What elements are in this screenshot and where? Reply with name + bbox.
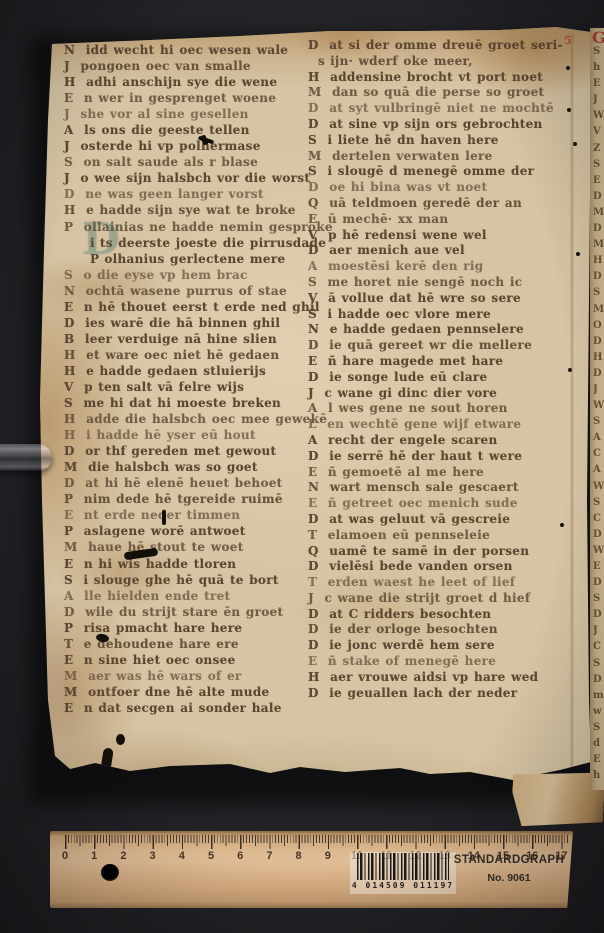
wormhole xyxy=(567,108,571,112)
manuscript-line: S i slougē d menegē omme der xyxy=(308,164,570,180)
manuscript-line: E n wer in gesprenget woene xyxy=(64,90,310,106)
manuscript-line: D ie serrē hē der haut t were xyxy=(308,449,570,465)
facing-page-letter: S xyxy=(593,656,604,672)
facing-page-letter: A xyxy=(593,430,604,446)
manuscript-line: Q uā teldmoen geredē der an xyxy=(308,196,570,212)
wormhole xyxy=(573,142,577,146)
manuscript-line: D at syt vulbringē niet ne mochtē xyxy=(308,101,570,117)
manuscript-line: D ies warē die hā binnen ghil xyxy=(64,315,310,331)
facing-page-letter: M xyxy=(593,302,604,318)
facing-page-letter: D xyxy=(593,366,604,382)
wormhole xyxy=(568,368,572,372)
manuscript-line: D or thf gereden met gewout xyxy=(64,443,310,459)
facing-page-letter: h xyxy=(593,60,604,76)
manuscript-line: D ie songe lude eū clare xyxy=(308,370,570,386)
rubric-mark: 5 xyxy=(564,34,572,47)
manuscript-line: D oe hi bina was vt noet xyxy=(308,180,570,196)
manuscript-line: E n dat secgen ai sonder hale xyxy=(64,700,310,716)
manuscript-line: H adde die halsbch oec mee gewekē xyxy=(64,411,310,427)
text-column-left: N idd wecht hi oec wesen waleJ pongoen o… xyxy=(64,42,310,716)
ruler-cm-ticks xyxy=(65,835,570,849)
manuscript-line: H et ware oec niet hē gedaen xyxy=(64,347,310,363)
manuscript-line: E n sine hiet oec onsee xyxy=(64,652,310,668)
manuscript-line: A moestēsi kerē den rig xyxy=(308,259,570,275)
facing-page-letter: E xyxy=(593,76,604,92)
manuscript-line: D ie jonc werdē hem sere xyxy=(308,638,570,654)
manuscript-line: D ie der orloge besochten xyxy=(308,622,570,638)
manuscript-line: D wile du strijt stare ēn groet xyxy=(64,604,310,620)
text-column-right: D at si der omme dreuē groet seri-sijn· … xyxy=(308,38,570,701)
facing-page-letter: J xyxy=(593,623,604,639)
manuscript-line: D ie geuallen lach der neder xyxy=(308,686,570,702)
facing-page-letter: D xyxy=(593,189,604,205)
manuscript-line: D vielēsi bede vanden orsen xyxy=(308,559,570,575)
manuscript-line: D aer menich aue vel xyxy=(308,243,570,259)
barcode-number: 4 014509 011197 xyxy=(350,880,456,891)
manuscript-line: N wart mensch sale gescaert xyxy=(308,480,570,496)
facing-page-letter: D xyxy=(593,221,604,237)
manuscript-line: L en wechtē gene wijf etware xyxy=(308,417,570,433)
facing-page-letter: W xyxy=(593,479,604,495)
manuscript-line: J c wane die strijt groet d hief xyxy=(308,591,570,607)
manuscript-line: T elamoen eū pennseleie xyxy=(308,528,570,544)
manuscript-line: J c wane gi dinc dier vore xyxy=(308,386,570,402)
manuscript-line: D at C ridders besochten xyxy=(308,607,570,623)
facing-page-letter: D xyxy=(593,607,604,623)
facing-page-letter: V xyxy=(593,124,604,140)
manuscript-line: M aer was hē wars of er xyxy=(64,668,310,684)
manuscript-line: M dan so quā die perse so groet xyxy=(308,85,570,101)
facing-page-letter: M xyxy=(593,205,604,221)
manuscript-line: N idd wecht hi oec wesen wale xyxy=(64,42,310,58)
facing-page-letter: E xyxy=(593,173,604,189)
facing-page-letter: C xyxy=(593,446,604,462)
facing-page-letter: Z xyxy=(593,141,604,157)
facing-page-letter: S xyxy=(593,414,604,430)
facing-page-letter: D xyxy=(593,269,604,285)
barcode: 4 014509 011197 xyxy=(350,852,456,894)
ruler-cm-number: 7 xyxy=(266,850,272,862)
facing-page-letter: H xyxy=(593,350,604,366)
facing-page-letter: E xyxy=(593,752,604,768)
facing-page-letter: D xyxy=(593,527,604,543)
facing-page-letter: S xyxy=(593,591,604,607)
manuscript-line: its deerste joeste die pirrusdade xyxy=(64,235,310,251)
manuscript-line: E ū mechē· xx man xyxy=(308,212,570,228)
facing-page-letter: E xyxy=(593,559,604,575)
manuscript-line: H i hadde hē yser eū hout xyxy=(64,427,310,443)
manuscript-line: D at hi hē elenē heuet behoet xyxy=(64,475,310,491)
facing-page-letter: h xyxy=(593,768,604,784)
manuscript-line: S i slouge ghe hē quā te bort xyxy=(64,572,310,588)
manuscript-line: B leer verduige nā hine slien xyxy=(64,331,310,347)
facing-page-letter: D xyxy=(593,672,604,688)
manuscript-line: S i hadde oec vlore mere xyxy=(308,307,570,323)
manuscript-line: E nt erde neder timmen xyxy=(64,507,310,523)
manuscript-line: A lle hielden ende tret xyxy=(64,588,310,604)
manuscript-line: H aer vrouwe aidsi vp hare wed xyxy=(308,670,570,686)
facing-page-letter: O xyxy=(593,318,604,334)
facing-page-letter: M xyxy=(593,237,604,253)
ruler-cm-number: 2 xyxy=(120,850,126,862)
facing-page-letter: m xyxy=(593,688,604,704)
facing-page-letter: w xyxy=(593,704,604,720)
manuscript-line: S me horet nie sengē noch ic xyxy=(308,275,570,291)
manuscript-line: H adhi anschijn sye die wene xyxy=(64,74,310,90)
facing-page-letter: d xyxy=(593,736,604,752)
ruler: 01234567891011121314151617 4 014509 0111… xyxy=(50,831,573,908)
manuscript-line: D at si der omme dreuē groet seri- xyxy=(308,38,570,54)
wormhole xyxy=(566,66,570,70)
manuscript-line: A ls ons die geeste tellen xyxy=(64,122,310,138)
manuscript-line: D ne was geen langer vorst xyxy=(64,186,310,202)
manuscript-line: H e hadde sijn sye wat te broke xyxy=(64,202,310,218)
manuscript-line: P nim dede hē tgereide ruimē xyxy=(64,491,310,507)
manuscript-line: T erden waest he leet of lief xyxy=(308,575,570,591)
barcode-bars xyxy=(357,853,449,880)
manuscript-line: P ollainias ne hadde nemin gesproke xyxy=(64,219,310,235)
facing-page-letter: J xyxy=(593,382,604,398)
manuscript-line: M dertelen verwaten lere xyxy=(308,149,570,165)
facing-page-letter: C xyxy=(593,511,604,527)
manuscript-line: M haue hē stout te woet xyxy=(64,539,310,555)
facing-page-letter: S xyxy=(593,44,604,60)
glass-weight xyxy=(0,444,52,471)
facing-page-letter: S xyxy=(593,495,604,511)
manuscript-line: J osterde hi vp polhermase xyxy=(64,138,310,154)
facing-page-letter: S xyxy=(593,157,604,173)
manuscript-line: Polhanius gerlectene mere xyxy=(64,251,310,267)
parchment-page: D N idd wecht hi oec wesen waleJ pongoen… xyxy=(36,26,594,816)
manuscript-line: D at was geluut vā gescreie xyxy=(308,512,570,528)
manuscript-line: S me hi dat hi moeste breken xyxy=(64,395,310,411)
facing-page-letter: W xyxy=(593,543,604,559)
manuscript-line: V ā vollue dat hē wre so sere xyxy=(308,291,570,307)
ruler-cm-number: 4 xyxy=(179,850,185,862)
manuscript-line: V p hē redensi wene wel xyxy=(308,228,570,244)
manuscript-line: A recht der engele scaren xyxy=(308,433,570,449)
manuscript-line: H addensine brocht vt port noet xyxy=(308,70,570,86)
facing-page-letter: A xyxy=(593,462,604,478)
ink-blot xyxy=(162,510,166,525)
manuscript-line: J pongoen oec van smalle xyxy=(64,58,310,74)
manuscript-line: N e hadde gedaen pennselere xyxy=(308,322,570,338)
manuscript-line: H e hadde gedaen stluierijs xyxy=(64,363,310,379)
facing-page-edge-letters: ShEJWVZSEDMDMHDSMODHDJWSACAWSCDWEDSDJCSD… xyxy=(593,44,604,784)
ruler-model-label: No. 9061 xyxy=(448,872,570,884)
manuscript-line: E n hi wis hadde tloren xyxy=(64,556,310,572)
ruler-cm-number: 5 xyxy=(208,850,214,862)
ruler-cm-number: 1 xyxy=(91,850,97,862)
manuscript-line: J she vor al sine gesellen xyxy=(64,106,310,122)
ink-blot xyxy=(116,734,125,745)
facing-page-letter: S xyxy=(593,285,604,301)
manuscript-line: Q uamē te samē in der porsen xyxy=(308,544,570,560)
ruler-cm-number: 8 xyxy=(296,850,302,862)
facing-page-letter: W xyxy=(593,108,604,124)
manuscript-line: E ñ gemoetē al me here xyxy=(308,465,570,481)
manuscript-line: A l wes gene ne sout horen xyxy=(308,401,570,417)
manuscript-line: J o wee sijn halsbch vor die worst xyxy=(64,170,310,186)
manuscript-line: D ie quā gereet wr die mellere xyxy=(308,338,570,354)
ruler-hole xyxy=(101,864,119,881)
facing-page-letter: D xyxy=(593,575,604,591)
manuscript-photo: D N idd wecht hi oec wesen waleJ pongoen… xyxy=(0,0,604,933)
ruler-cm-number: 0 xyxy=(62,850,68,862)
ruler-cm-number: 6 xyxy=(237,850,243,862)
facing-page-letter: C xyxy=(593,639,604,655)
manuscript-line: E n hē thouet eerst t erde ned ghil xyxy=(64,299,310,315)
wormhole xyxy=(576,252,580,256)
manuscript-line: N ochtā wasene purrus of stae xyxy=(64,283,310,299)
manuscript-line: V p ten salt vā felre wijs xyxy=(64,379,310,395)
manuscript-line: M die halsbch was so goet xyxy=(64,459,310,475)
manuscript-line: E ñ hare magede met hare xyxy=(308,354,570,370)
ruler-brand-label: STANDARDGRAPH xyxy=(448,854,570,866)
wormhole xyxy=(560,523,564,527)
facing-page-letter: J xyxy=(593,92,604,108)
manuscript-line: S on salt saude als r blase xyxy=(64,154,310,170)
manuscript-line: P aslagene worē antwoet xyxy=(64,523,310,539)
ruler-cm-number: 3 xyxy=(150,850,156,862)
facing-page-letter: W xyxy=(593,398,604,414)
ruler-cm-number: 9 xyxy=(325,850,331,862)
manuscript-line: S i liete hē dn haven here xyxy=(308,133,570,149)
manuscript-line: M ontfoer dne hē alte mude xyxy=(64,684,310,700)
facing-page-letter: H xyxy=(593,253,604,269)
manuscript-line: E ñ stake of menegē here xyxy=(308,654,570,670)
facing-page-letter: S xyxy=(593,720,604,736)
manuscript-line: E ñ getreet oec menich sude xyxy=(308,496,570,512)
facing-page-letter: D xyxy=(593,334,604,350)
manuscript-line: S o die eyse vp hem brac xyxy=(64,267,310,283)
manuscript-line: sijn· wderf oke meer, xyxy=(308,54,570,70)
manuscript-line: D at sine vp sijn ors gebrochten xyxy=(308,117,570,133)
